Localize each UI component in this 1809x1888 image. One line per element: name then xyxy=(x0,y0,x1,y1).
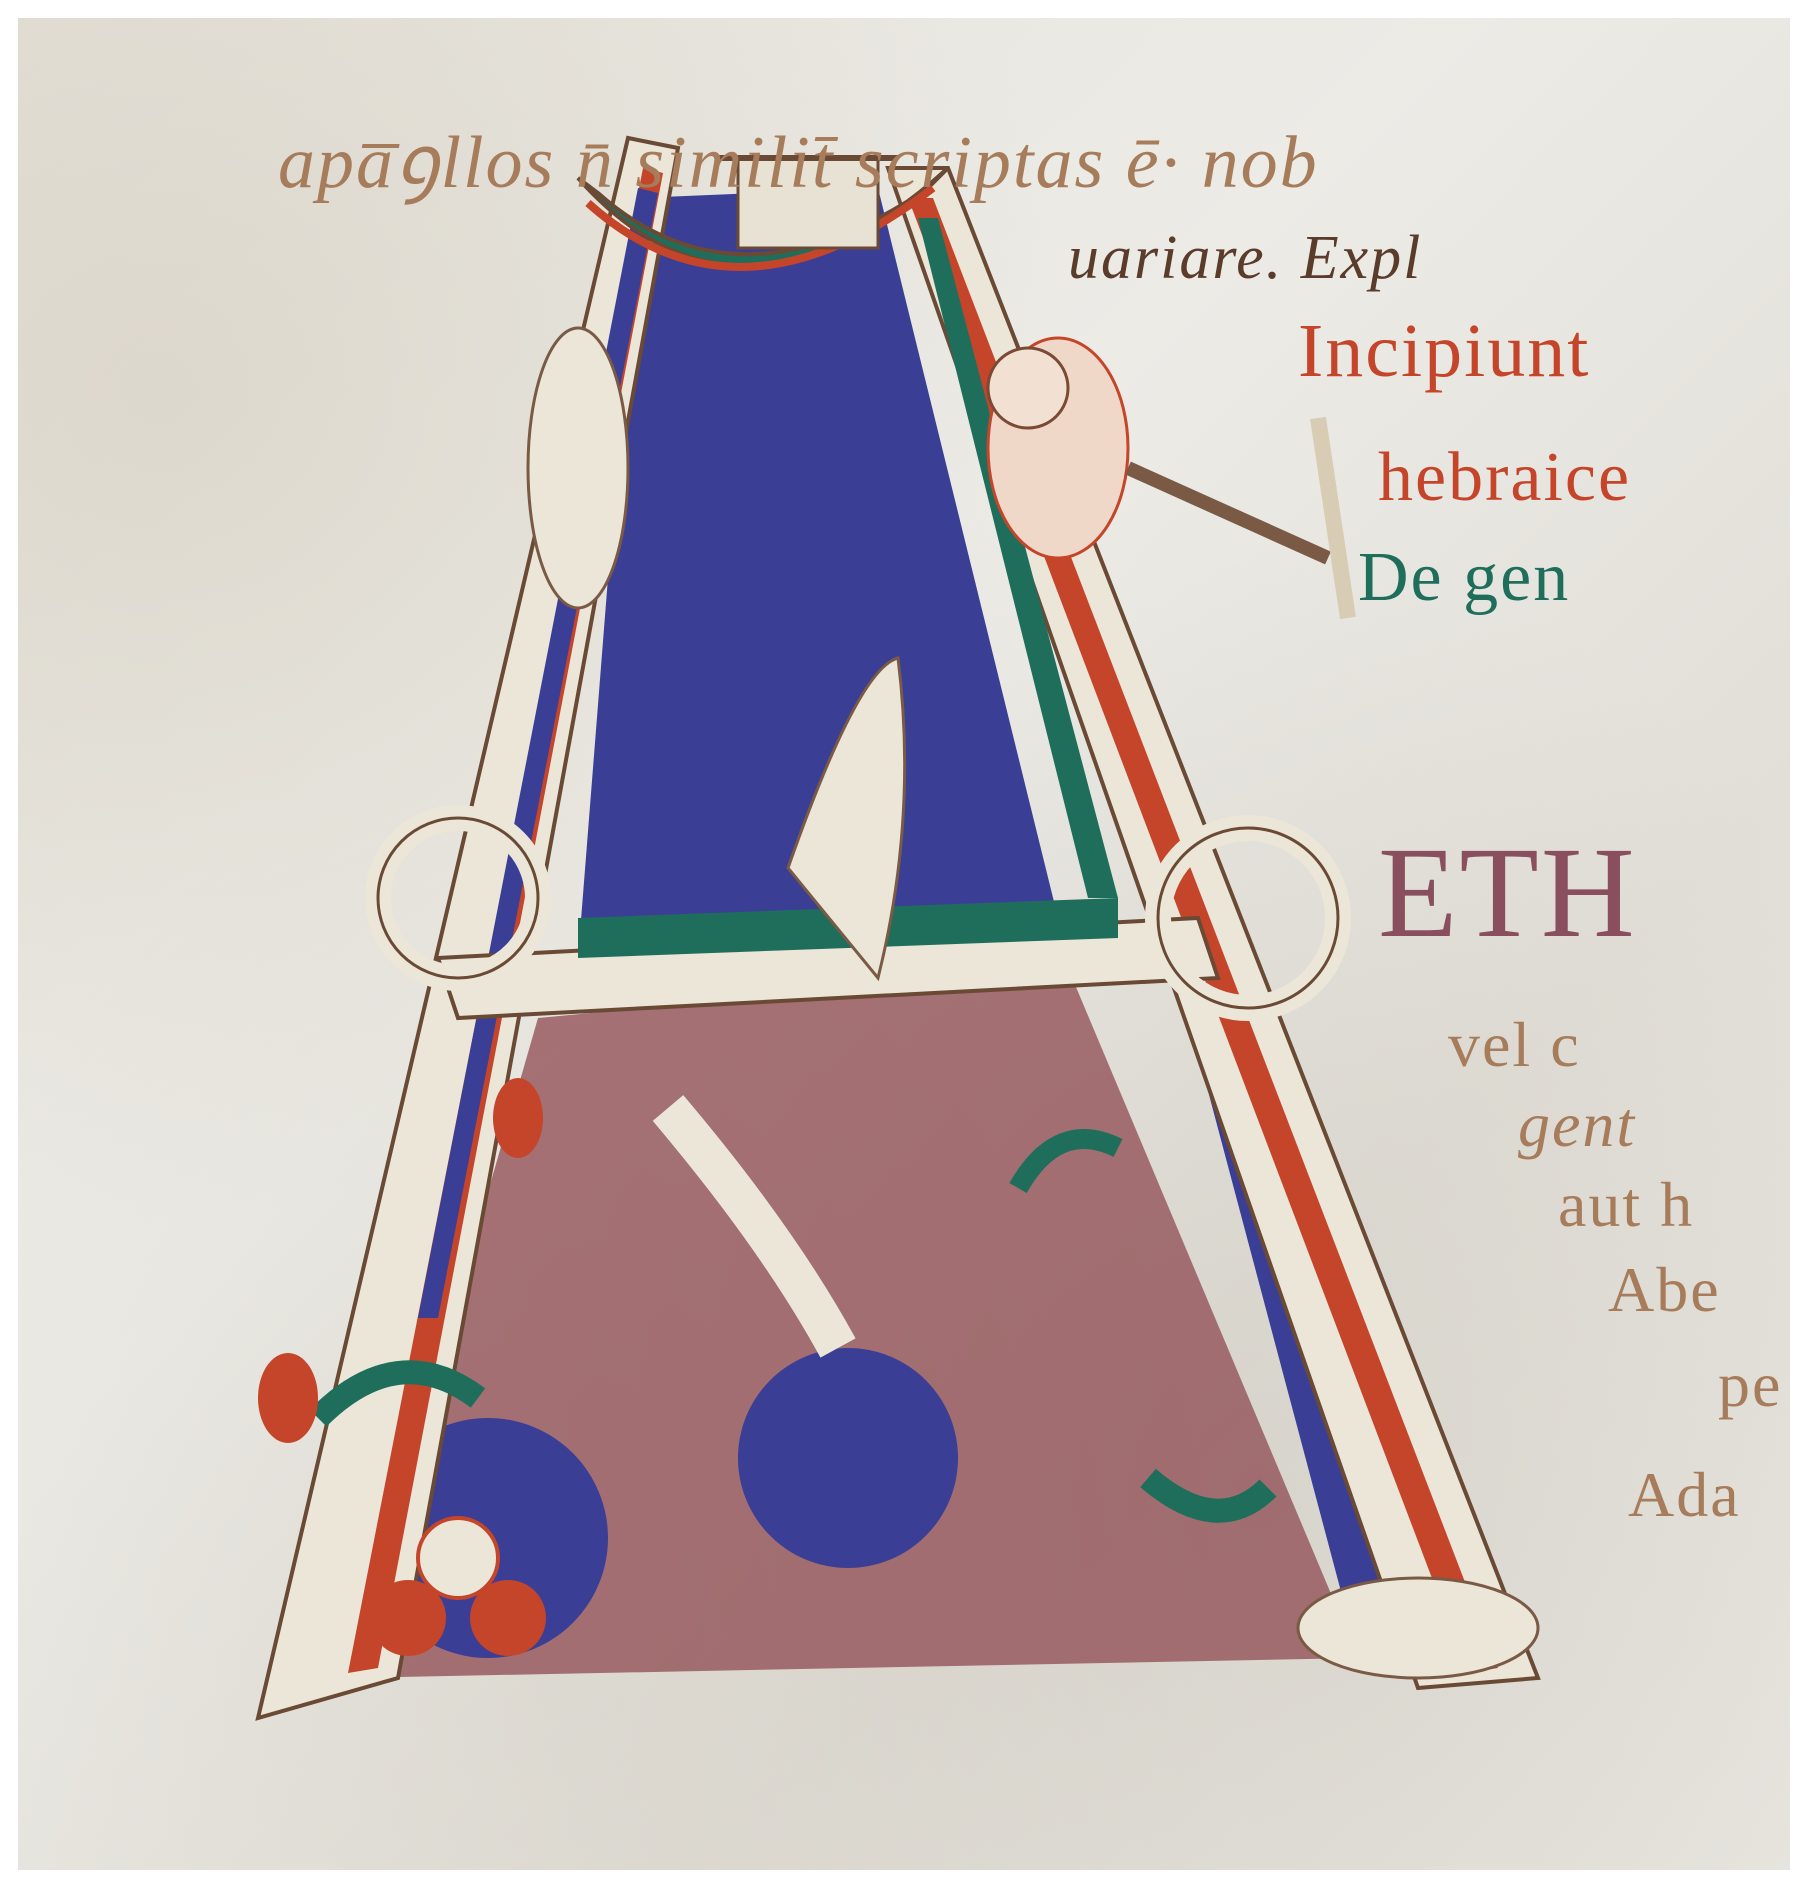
text-line-1: apa̅ꝯllos n̄ similit̄ scriptas ē· nob xyxy=(278,108,1319,209)
manuscript-page: apa̅ꝯllos n̄ similit̄ scriptas ē· nob ua… xyxy=(18,18,1790,1870)
text-line-5: De gen xyxy=(1358,538,1570,618)
text-line-2: uariare. Expl xyxy=(1068,223,1422,294)
text-line-12: Ada xyxy=(1628,1458,1741,1532)
text-line-7: vel c xyxy=(1448,1008,1581,1082)
text-line-9: aut h xyxy=(1558,1168,1694,1242)
text-line-8: gent xyxy=(1518,1088,1636,1162)
text-line-10: Abe xyxy=(1608,1253,1721,1327)
text-line-4: hebraice xyxy=(1378,438,1631,518)
text-line-3: Incipiunt xyxy=(1298,308,1590,395)
text-line-11: pe xyxy=(1718,1348,1782,1422)
text-line-6: ETH xyxy=(1378,818,1637,968)
